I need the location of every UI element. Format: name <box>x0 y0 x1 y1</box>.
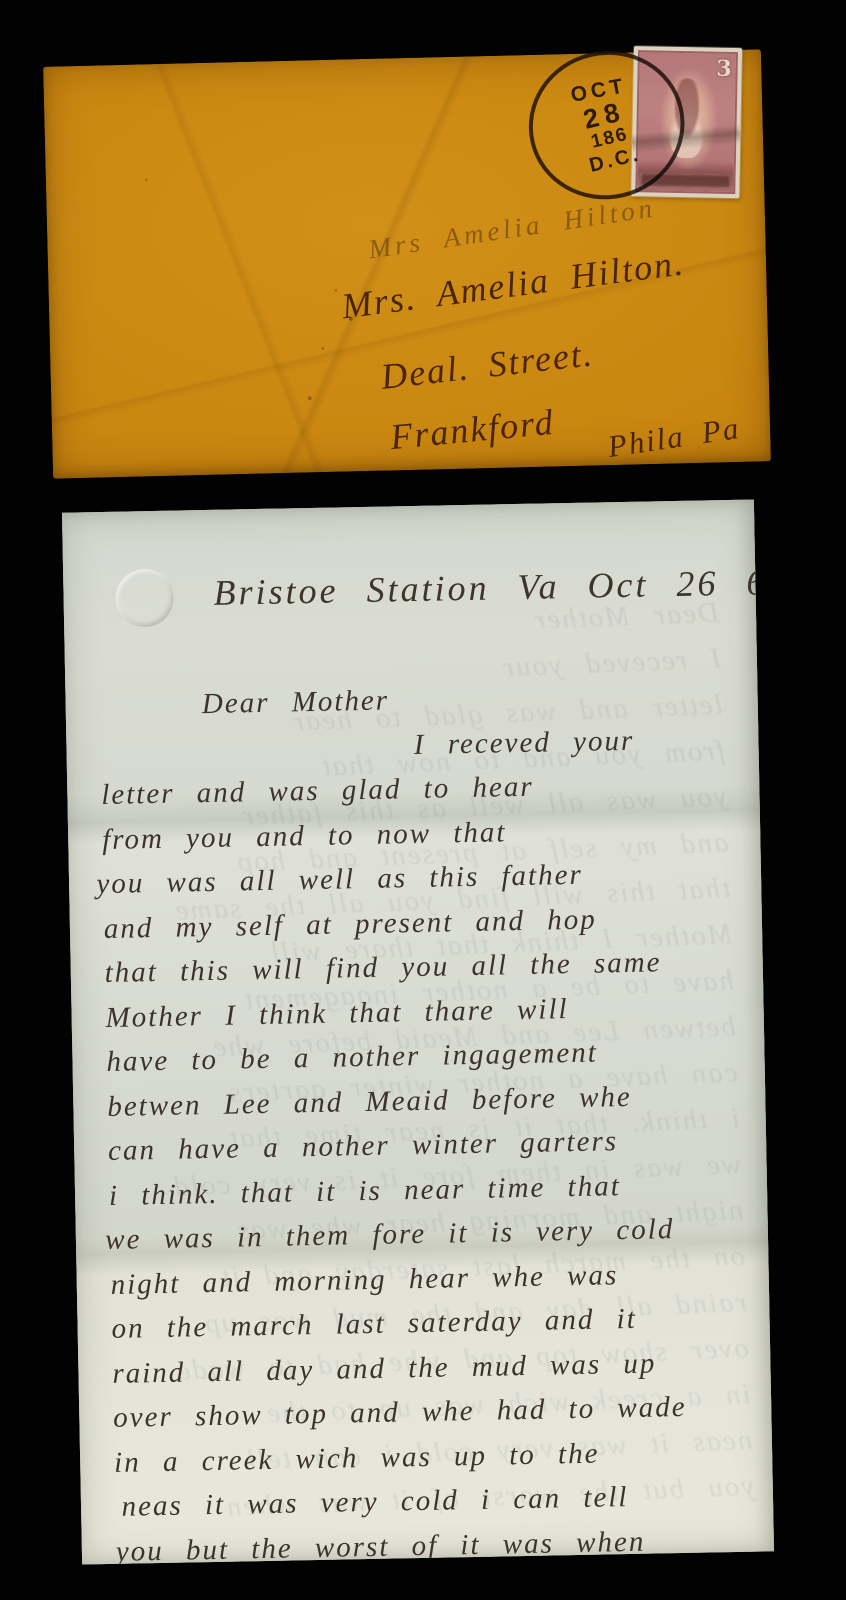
address-town: Frankford <box>388 401 556 458</box>
letter-page: Dear MotherI receved yourletter and was … <box>62 499 774 1564</box>
letter-body: Dear MotherI receved yourletter and was … <box>89 672 766 1565</box>
letter-line: I receved your <box>413 716 750 767</box>
photo-scene: 3 OCT 28 186 D.C. Mrs Amelia Hilton Mrs.… <box>0 0 846 1600</box>
letter-heading: Bristoe Station Va Oct 26 64 <box>213 561 756 613</box>
envelope: 3 OCT 28 186 D.C. Mrs Amelia Hilton Mrs.… <box>43 49 771 478</box>
address-city: Phila Pa <box>605 410 742 465</box>
stamp-denomination: 3 <box>716 56 732 82</box>
address-street: Deal. Street. <box>379 332 596 398</box>
embossed-seal <box>115 569 174 628</box>
